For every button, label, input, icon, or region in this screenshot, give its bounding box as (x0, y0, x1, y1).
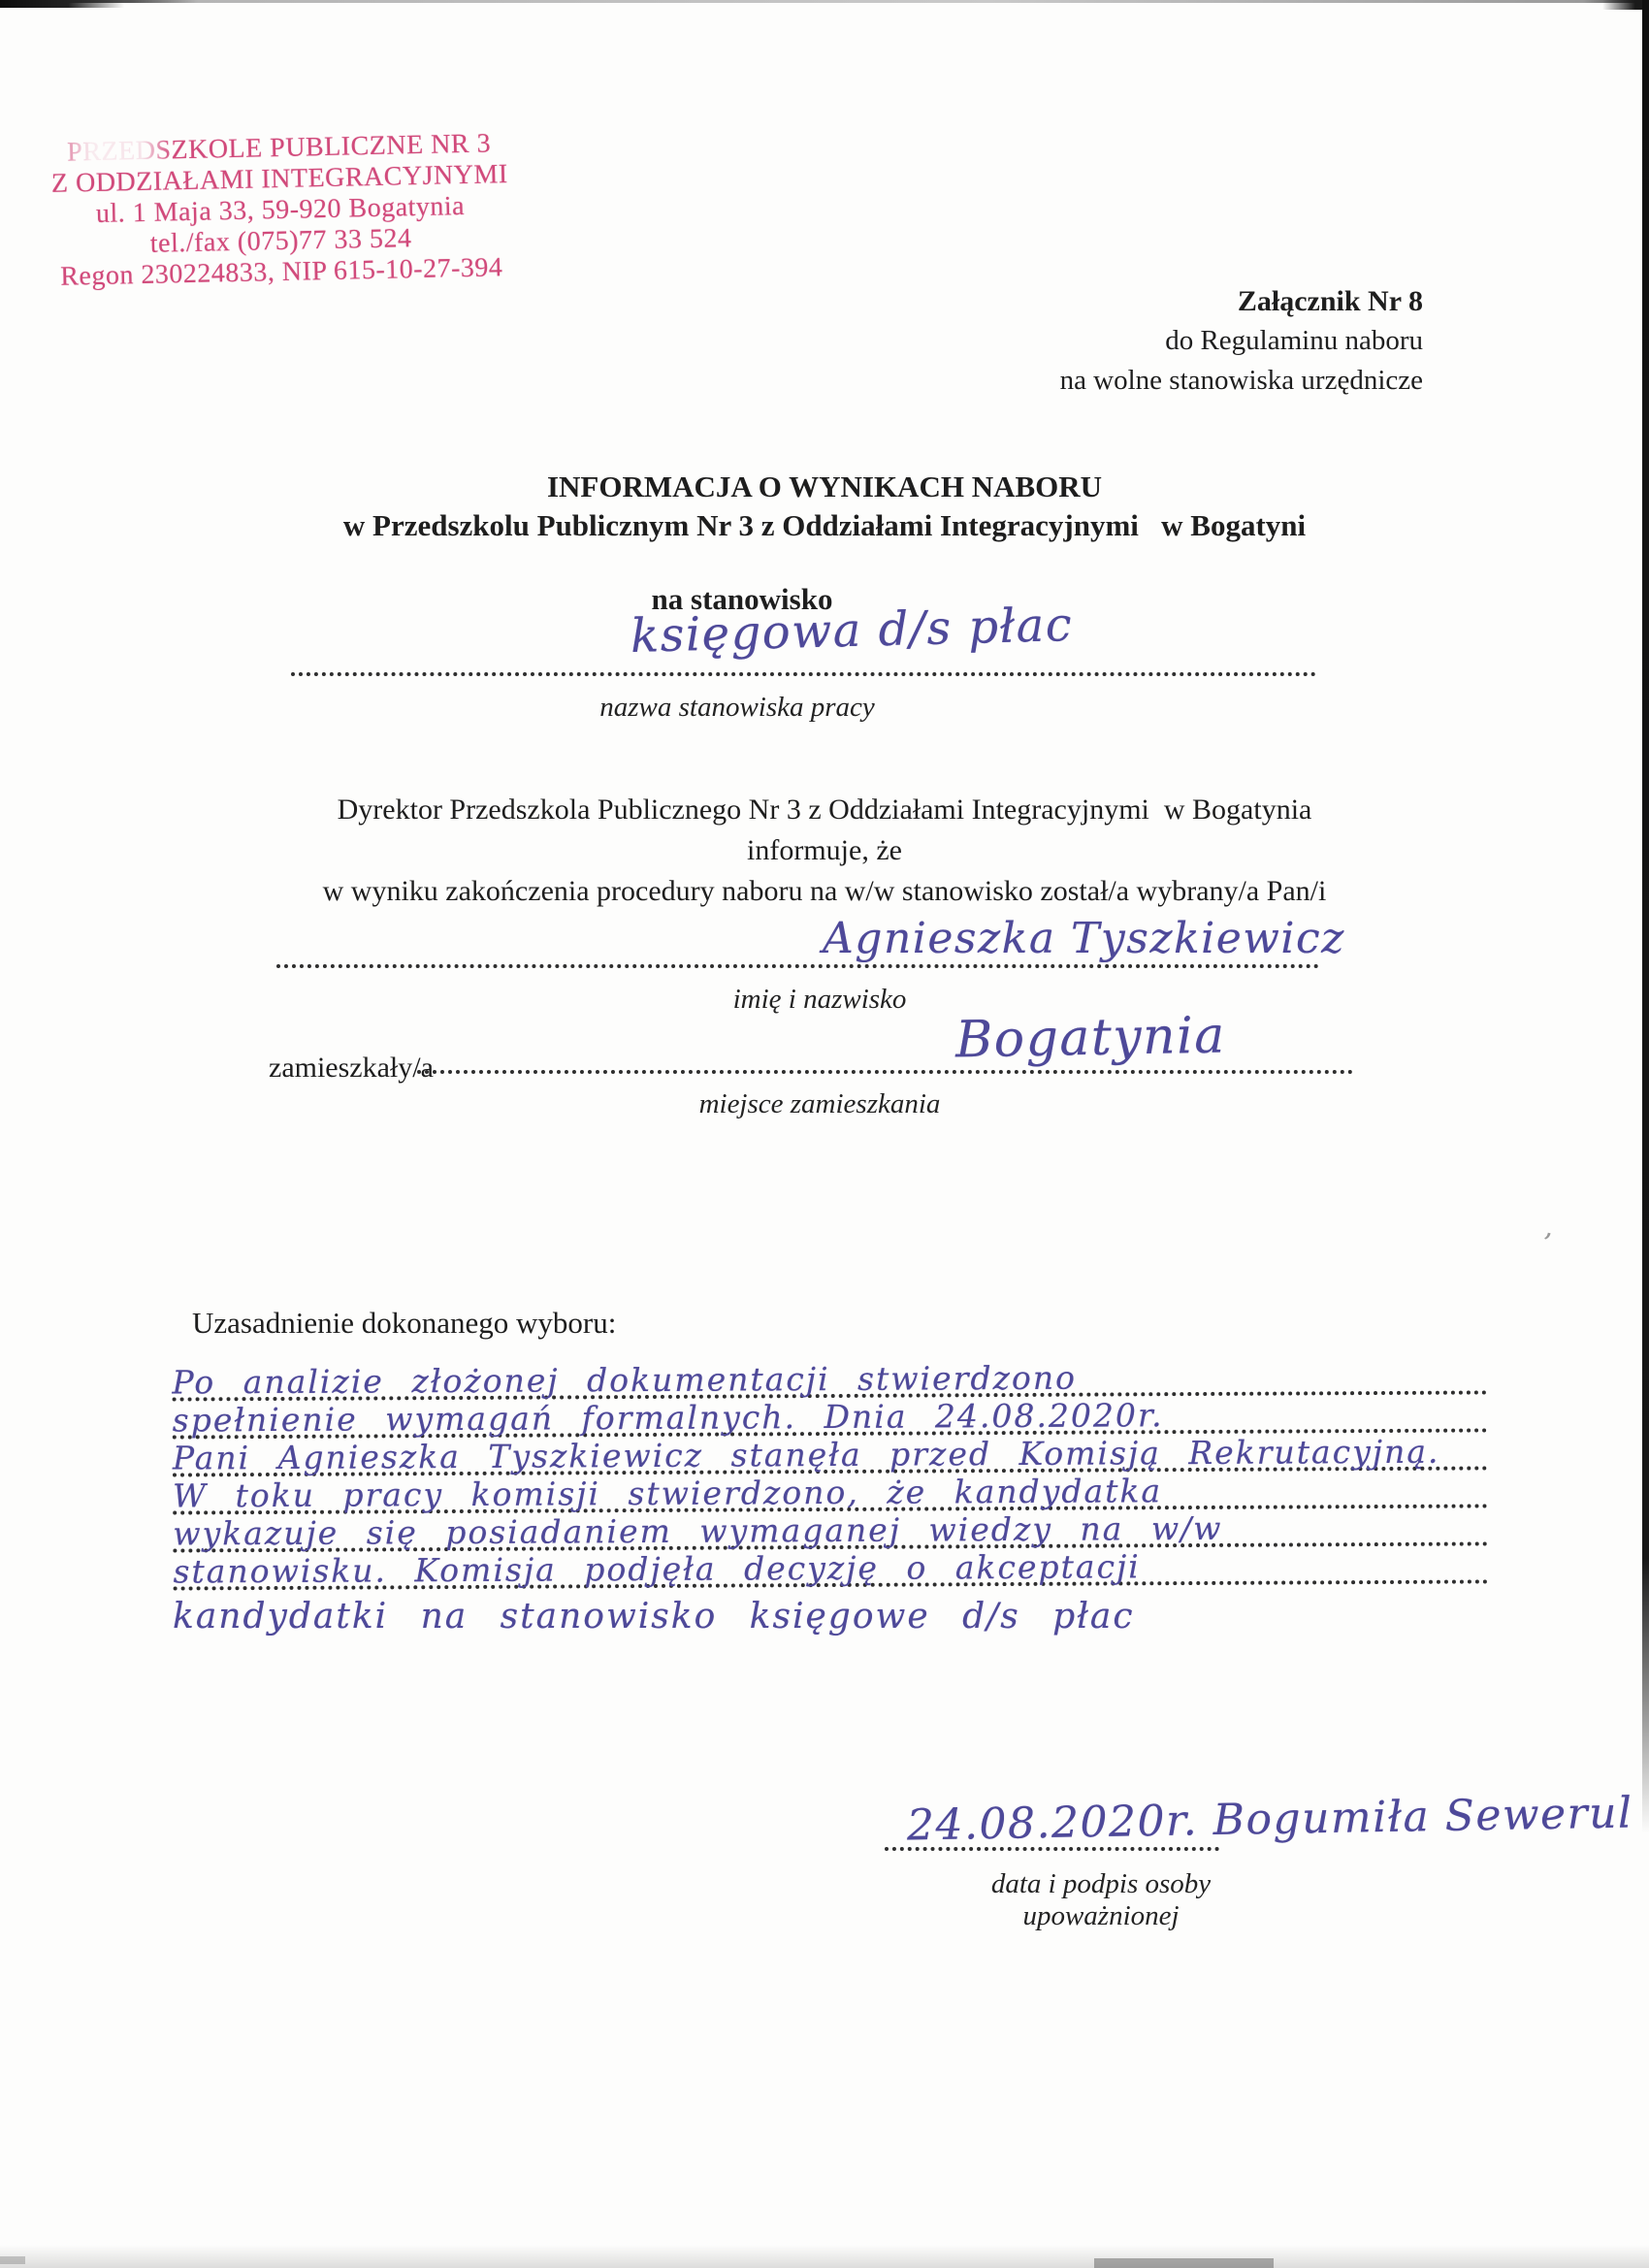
annex-line-2: do Regulaminu naboru (1060, 321, 1423, 361)
stray-pen-mark: ’ (1540, 1227, 1559, 1251)
body-line-3: w wyniku zakończenia procedury naboru na… (0, 871, 1649, 912)
annex-line-3: na wolne stanowiska urzędnicze (1060, 361, 1423, 401)
scan-edge-top-left (0, 0, 124, 8)
annex-line-1: Załącznik Nr 8 (1060, 281, 1423, 321)
document-title-line-1: INFORMACJA O WYNIKACH NABORU (0, 468, 1649, 506)
body-line-1: Dyrektor Przedszkola Publicznego Nr 3 z … (0, 790, 1649, 830)
body-paragraph: Dyrektor Przedszkola Publicznego Nr 3 z … (0, 790, 1649, 912)
signature-handwritten-value: 24.08.2020r. Bogumiła Sewerul (907, 1788, 1633, 1850)
stamp-fade-artifact (56, 134, 172, 169)
justification-row: stanowisku. Komisja podjęła decyzję o ak… (173, 1545, 1488, 1590)
justification-line-3: Pani Agnieszka Tyszkiewicz stanęła przed… (173, 1432, 1488, 1477)
name-dotted-line (276, 964, 1319, 968)
scan-edge-right (1642, 0, 1649, 1833)
residence-caption: miejsce zamieszkania (577, 1088, 1062, 1120)
signature-dotted-line (885, 1847, 1219, 1851)
scan-smudge-bottom-right (1094, 2258, 1274, 2268)
annex-header: Załącznik Nr 8 do Regulaminu naboru na w… (1060, 281, 1423, 401)
signature-caption: data i podpis osoby upoważnionej (912, 1868, 1290, 1932)
document-page: PRZEDSZKOLE PUBLICZNE NR 3 Z ODDZIAŁAMI … (0, 0, 1649, 2268)
body-line-2: informuje, że (0, 830, 1649, 871)
position-caption: nazwa stanowiska pracy (466, 692, 1009, 724)
justification-line-6: stanowisku. Komisja podjęła decyzję o ak… (173, 1545, 1488, 1591)
justification-line-7: kandydatki na stanowisko księgowe d/s pł… (173, 1597, 1135, 1636)
name-handwritten-value: Agnieszka Tyszkiewicz (823, 914, 1345, 963)
position-handwritten-value: księgowa d/s płac (630, 598, 1073, 664)
scan-edge-bottom (0, 2245, 1649, 2268)
residence-label: zamieszkały/a (269, 1052, 434, 1085)
justification-block: Po analizie złożonej dokumentacji stwier… (172, 1356, 1488, 1590)
residence-handwritten-value: Bogatynia (954, 1007, 1226, 1070)
justification-heading: Uzasadnienie dokonanego wyboru: (192, 1306, 616, 1341)
document-title-line-2: w Przedszkolu Publicznym Nr 3 z Oddziała… (0, 506, 1649, 545)
residence-dotted-line (417, 1070, 1353, 1074)
scan-smudge-bottom-left (0, 2256, 25, 2264)
document-title: INFORMACJA O WYNIKACH NABORU w Przedszko… (0, 468, 1649, 545)
position-dotted-line (291, 672, 1316, 676)
justification-row: Pani Agnieszka Tyszkiewicz stanęła przed… (173, 1432, 1488, 1476)
scan-edge-top (0, 0, 1649, 3)
